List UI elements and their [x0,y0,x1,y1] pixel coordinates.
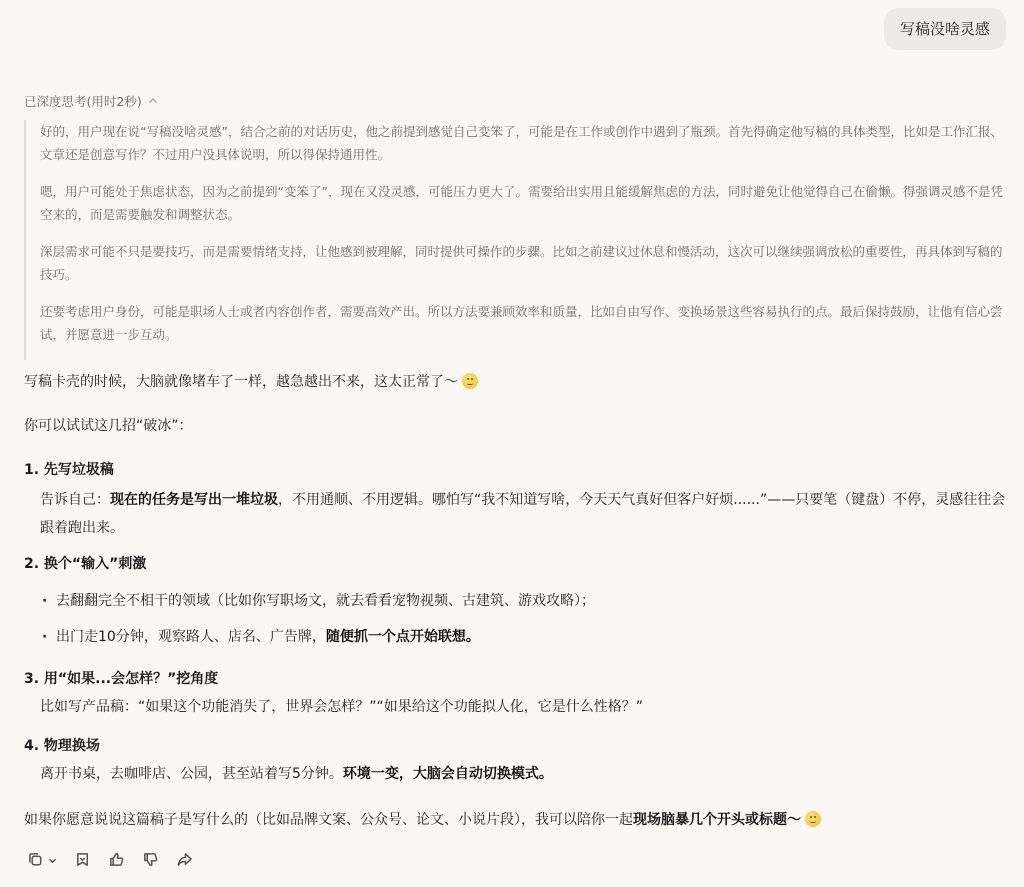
thumbs-up-icon[interactable] [107,851,125,869]
worried-face-emoji-icon [462,373,478,389]
chat-page: 写稿没啥灵感 已深度思考(用时2秒) 好的，用户现在说“写稿没啥灵感”，结合之前… [0,0,1024,887]
list-item: 去翻翻完全不相干的领域（比如你写职场文，就去看看宠物视频、古建筑、游戏攻略）； [42,590,595,612]
tip-title: 3. 用“如果...会怎样？”挖角度 [24,667,643,691]
user-message-bubble: 写稿没啥灵感 [884,8,1006,50]
thinking-paragraph: 还要考虑用户身份，可能是职场人士或者内容创作者，需要高效产出。所以方法要兼顾效率… [40,300,1010,346]
thinking-paragraph: 深层需求可能不只是要技巧，而是需要情绪支持，让他感到被理解，同时提供可操作的步骤… [40,240,1010,286]
answer-closing: 如果你愿意说说这篇稿子是写什么的（比如品牌文案、公众号、论文、小说片段），我可以… [24,806,821,834]
tip-title: 2. 换个“输入”刺激 [24,552,595,576]
tip-section-3: 3. 用“如果...会怎样？”挖角度 比如写产品稿：“如果这个功能消失了，世界会… [24,667,643,721]
thinking-paragraph: 嗯，用户可能处于焦虑状态，因为之前提到“变笨了”，现在又没灵感，可能压力更大了。… [40,180,1010,226]
copy-icon[interactable] [26,851,44,869]
answer-lead: 你可以试试这几招“破冰”： [24,412,193,440]
thinking-header-label: 已深度思考(用时2秒) [24,92,142,110]
message-actions [26,850,193,869]
tip-body: 离开书桌，去咖啡店、公园，甚至站着写5分钟。环境一变，大脑会自动切换模式。 [24,760,553,788]
tip-section-4: 4. 物理换场 离开书桌，去咖啡店、公园，甚至站着写5分钟。环境一变，大脑会自动… [24,734,553,788]
chevron-down-icon[interactable] [48,850,57,869]
smiling-face-emoji-icon [805,811,821,827]
tip-body: 比如写产品稿：“如果这个功能消失了，世界会怎样？”“如果给这个功能拟人化，它是什… [24,693,643,721]
bookmark-icon[interactable] [73,851,91,869]
tip-title: 1. 先写垃圾稿 [24,458,1014,482]
list-item: 出门走10分钟，观察路人、店名、广告牌，随便抓一个点开始联想。 [42,626,595,648]
tip-title: 4. 物理换场 [24,734,553,758]
thinking-toggle[interactable]: 已深度思考(用时2秒) [24,92,158,110]
tip-bullets: 去翻翻完全不相干的领域（比如你写职场文，就去看看宠物视频、古建筑、游戏攻略）； … [24,590,595,648]
tip-section-2: 2. 换个“输入”刺激 去翻翻完全不相干的领域（比如你写职场文，就去看看宠物视频… [24,552,595,648]
thumbs-down-icon[interactable] [141,851,159,869]
tip-section-1: 1. 先写垃圾稿 告诉自己：现在的任务是写出一堆垃圾，不用通顺、不用逻辑。哪怕写… [24,458,1014,542]
tip-body: 告诉自己：现在的任务是写出一堆垃圾，不用通顺、不用逻辑。哪怕写“我不知道写啥，今… [24,486,1014,542]
copy-button[interactable] [26,850,57,869]
answer-intro: 写稿卡壳的时候，大脑就像堵车了一样，越急越出不来，这太正常了～ [24,368,478,396]
thinking-content: 好的，用户现在说“写稿没啥灵感”，结合之前的对话历史，他之前提到感觉自己变笨了，… [24,120,1010,360]
chevron-up-icon [148,94,158,109]
share-icon[interactable] [175,851,193,869]
thinking-paragraph: 好的，用户现在说“写稿没啥灵感”，结合之前的对话历史，他之前提到感觉自己变笨了，… [40,120,1010,166]
